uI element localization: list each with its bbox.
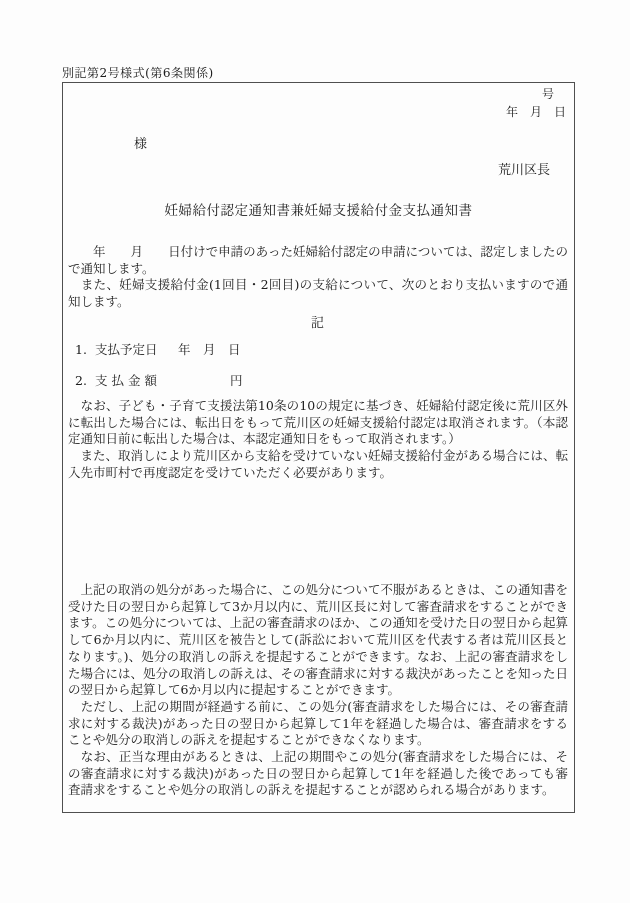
addressee-line: 様 <box>134 133 147 152</box>
payment-amount-row: 2.支 払 金 額 円 <box>75 371 568 389</box>
payment-date-row: 1.支払予定日 年 月 日 <box>75 340 568 358</box>
payment-date-label: 支払予定日 <box>95 342 158 357</box>
document-frame: 号 年 月 日 様 荒川区長 妊婦給付認定通知書兼妊婦支援給付金支払通知書 年 … <box>62 82 575 813</box>
payment-amount-value: 円 <box>230 371 243 389</box>
item-number: 1. <box>75 342 95 357</box>
payment-amount-label: 支 払 金 額 <box>95 373 157 388</box>
intro-section: 年 月 日付けで申請のあった妊婦給付認定の申請については、認定しましたので通知し… <box>68 244 568 311</box>
transfer-note-paragraph-2: また、取消しにより荒川区から支給を受けていない妊婦支援給付金がある場合には、転入… <box>68 448 568 481</box>
intro-paragraph-1: 年 月 日付けで申請のあった妊婦給付認定の申請については、認定しましたので通知し… <box>68 244 568 277</box>
document-date-line: 年 月 日 <box>506 103 566 120</box>
appeal-paragraph-3: なお、正当な理由があるときは、上記の期間やこの処分(審査請求をした場合には、その… <box>68 749 568 799</box>
sender-line: 荒川区長 <box>498 159 550 178</box>
appeal-paragraph-2: ただし、上記の期間が経過する前に、この処分(審査請求をした場合には、その審査請求… <box>68 699 568 749</box>
payment-date-value: 年 月 日 <box>178 340 241 358</box>
document-page: 別記第2号様式(第6条関係) 号 年 月 日 様 荒川区長 妊婦給付認定通知書兼… <box>0 0 630 903</box>
transfer-notes-section: なお、子ども・子育て支援法第10条の10の規定に基づき、妊婦給付認定後に荒川区外… <box>68 398 568 482</box>
document-title: 妊婦給付認定通知書兼妊婦支援給付金支払通知書 <box>63 199 574 219</box>
form-designation-label: 別記第2号様式(第6条関係) <box>62 64 214 81</box>
appeal-paragraph-1: 上記の取消の処分があった場合に、この処分について不服があるときは、この通知書を受… <box>68 582 568 699</box>
document-number-line: 号 <box>542 85 554 102</box>
transfer-note-paragraph-1: なお、子ども・子育て支援法第10条の10の規定に基づき、妊婦給付認定後に荒川区外… <box>68 398 568 448</box>
appeal-instructions-section: 上記の取消の処分があった場合に、この処分について不服があるときは、この通知書を受… <box>68 582 568 799</box>
ki-heading: 記 <box>63 312 574 331</box>
item-number: 2. <box>75 373 95 388</box>
intro-paragraph-2: また、妊婦支援給付金(1回目・2回目)の支給について、次のとおり支払いますので通… <box>68 277 568 310</box>
